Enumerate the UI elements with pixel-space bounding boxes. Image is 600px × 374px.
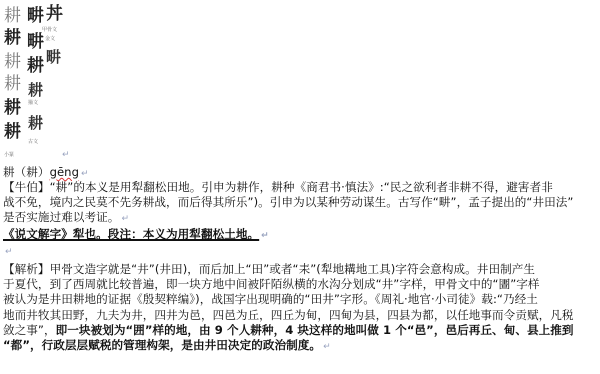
glyph-seal-3: 耕 bbox=[4, 54, 21, 71]
para2-line-6-bold: “都”，行政层层赋税的管理构架，是由井田决定的政治制度。 bbox=[3, 338, 321, 352]
heading-pinyin: gēng bbox=[50, 165, 79, 179]
glyph-oracle: 丼 bbox=[46, 6, 63, 23]
return-mark: ↵ bbox=[261, 231, 269, 241]
para2-line-5-bold: 即一块被划为“囲”样的地，由 9 个人耕种，4 块这样的地叫做 1 个“邑”，邑… bbox=[56, 323, 574, 337]
para1-line-2: 战不免，境内之民莫不先务耕战，而后得其所乐”)。引申为以某种劳动谋生。古写作“畊… bbox=[3, 195, 597, 210]
blank-line: ↵ bbox=[3, 243, 597, 260]
label-oracle: 甲骨文 bbox=[42, 28, 57, 33]
paragraph-definition: 【牛伯】“耕”的本义是用犁翻松田地。引申为耕作，耕种《商君书·慎法》:“民之欲利… bbox=[3, 180, 597, 228]
para2-line-1: 【解析】甲骨文造字就是“井”(井田)，而后加上“田”或者“耒”(犁地耩地工具)字… bbox=[3, 262, 597, 277]
glyph-seal-2: 耕 bbox=[4, 30, 21, 47]
return-mark: ↵ bbox=[121, 214, 129, 224]
return-mark: ↵ bbox=[81, 169, 89, 179]
glyph-seal-5: 耕 bbox=[4, 100, 21, 117]
para2-line-3: 被认为是井田耕地的证据《殷契粹编》)，战国字出现明确的“田井”字形。《周礼·地官… bbox=[3, 292, 597, 307]
return-mark: ↵ bbox=[5, 247, 13, 257]
glyph-seal-6: 耕 bbox=[4, 124, 21, 141]
label-seal: 小篆 bbox=[4, 153, 14, 158]
return-mark: ↵ bbox=[323, 342, 331, 352]
label-variant: 籀文 bbox=[28, 101, 38, 106]
label-bronze: 金文 bbox=[45, 37, 55, 42]
para2-line-2: 于夏代，到了西周就比较普遍，即一块方地中间被阡陌纵横的水沟分划成“井”字样，甲骨… bbox=[3, 277, 597, 292]
glyph-variant-1: 畊 bbox=[27, 8, 44, 25]
heading-char: 耕（耕） bbox=[3, 165, 50, 179]
glyph-seal-1: 耕 bbox=[4, 8, 21, 25]
glyph-variant-4: 耕 bbox=[28, 83, 43, 98]
glyph-variant-3: 耕 bbox=[27, 58, 44, 75]
glyph-evolution-figure: 耕 耕 耕 耕 耕 耕 小篆 畊 畊 耕 耕 籀文 耕 古文 丼 甲骨文 金文 … bbox=[0, 0, 160, 160]
glyph-variant-2: 畊 bbox=[27, 34, 44, 51]
para2-line-5-normal: 敛之事”， bbox=[3, 323, 56, 337]
glyph-seal-4: 耕 bbox=[4, 76, 21, 93]
glyph-bronze: 畊 bbox=[46, 50, 61, 65]
shuowen-citation: 《说文解字》犁也。段注：本义为用犁翻松土地。↵ bbox=[3, 227, 597, 244]
para2-line-4: 地而井牧其田野，九夫为井，四井为邑，四邑为丘，四丘为甸，四甸为县，四县为都，以任… bbox=[3, 308, 597, 323]
paragraph-analysis: 【解析】甲骨文造字就是“井”(井田)，而后加上“田”或者“耒”(犁地耩地工具)字… bbox=[3, 262, 597, 355]
return-mark: ↵ bbox=[62, 150, 70, 160]
para1-line-1: 【牛伯】“耕”的本义是用犁翻松田地。引申为耕作，耕种《商君书·慎法》:“民之欲利… bbox=[3, 180, 597, 195]
para1-line-3: 是否实施过难以考证。 bbox=[3, 210, 119, 224]
label-ancient: 古文 bbox=[28, 140, 38, 145]
shuowen-text: 《说文解字》犁也。段注：本义为用犁翻松土地。 bbox=[3, 227, 259, 241]
glyph-ancient: 耕 bbox=[28, 116, 43, 131]
